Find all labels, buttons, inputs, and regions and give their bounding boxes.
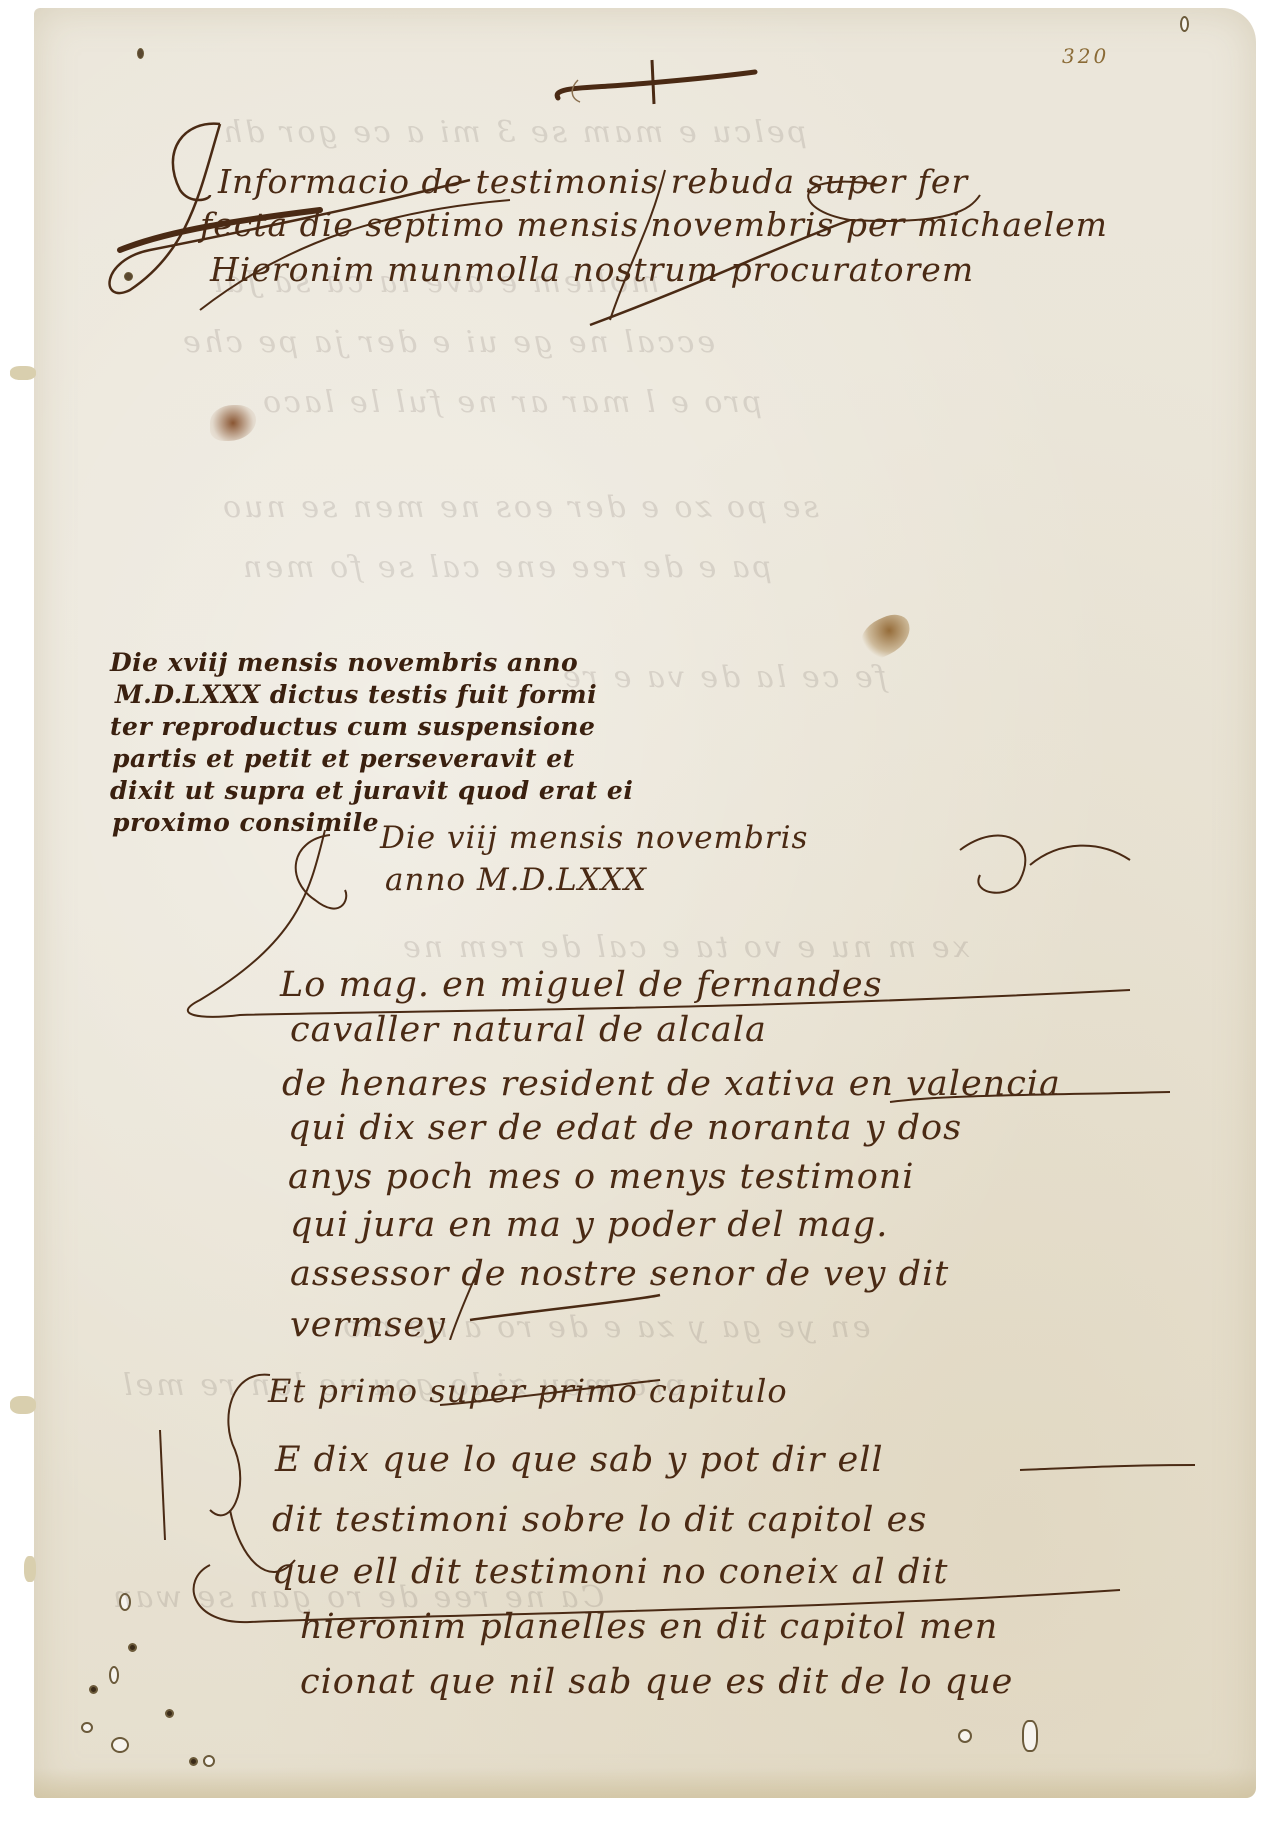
paper-fiber-tuft bbox=[10, 1396, 36, 1414]
deposition-line: assessor de nostre senor de vey dit bbox=[290, 1254, 949, 1294]
margin-note-line: dixit ut supra et juravit quod erat ei bbox=[110, 776, 633, 805]
deposition-line: qui jura en ma y poder del mag. bbox=[290, 1205, 888, 1245]
paper-fiber-tuft bbox=[24, 1556, 36, 1582]
article-line: cionat que nil sab que es dit de lo que bbox=[300, 1662, 1013, 1702]
deposition-line: Lo mag. en miguel de fernandes bbox=[280, 965, 883, 1005]
worm-hole bbox=[124, 272, 133, 281]
worm-hole bbox=[165, 1709, 174, 1718]
bleed-through-text: pa e de ree ene cal se fo men bbox=[240, 550, 772, 585]
margin-note-line: ter reproductus cum suspensione bbox=[110, 712, 595, 741]
article-line: dit testimoni sobre lo dit capitol es bbox=[272, 1500, 927, 1540]
deposition-line: cavaller natural de alcala bbox=[290, 1010, 767, 1050]
margin-note-line: proximo consimile bbox=[112, 808, 379, 837]
date-line-2: anno M.D.LXXX bbox=[385, 862, 647, 898]
margin-note-line: partis et petit et perseveravit et bbox=[112, 744, 575, 773]
deposition-line: vermsey bbox=[290, 1305, 446, 1345]
article-line: hieronim planelles en dit capitol men bbox=[300, 1607, 998, 1647]
bleed-through-text: pro e l mar ar ne ful le laco bbox=[260, 385, 762, 420]
deposition-line: anys poch mes o menys testimoni bbox=[288, 1157, 915, 1197]
article-heading: Et primo super primo capitulo bbox=[268, 1372, 788, 1410]
margin-note-line: Die xviij mensis novembris anno bbox=[110, 648, 578, 677]
worm-hole bbox=[111, 1737, 129, 1753]
paper-fiber-tuft bbox=[10, 366, 36, 380]
folio-number: 320 bbox=[1062, 44, 1109, 68]
heading-line-1: Informacio de testimonis rebuda super fe… bbox=[218, 162, 968, 201]
bleed-through-text: se po zo e der eos ne men se nuo bbox=[220, 490, 819, 525]
margin-note-line: M.D.LXXX dictus testis fuit formi bbox=[115, 680, 597, 709]
bleed-through-text: eccal ne ge ui e der ja pe che bbox=[180, 325, 715, 360]
worm-hole bbox=[109, 1666, 119, 1684]
worm-hole bbox=[958, 1729, 972, 1743]
deposition-line: de henares resident de xativa en valenci… bbox=[282, 1064, 1061, 1104]
worm-hole bbox=[189, 1757, 198, 1766]
worm-hole bbox=[203, 1755, 215, 1767]
date-line-1: Die viij mensis novembris bbox=[380, 820, 808, 856]
worm-hole bbox=[81, 1722, 93, 1733]
worm-hole bbox=[128, 1643, 137, 1652]
heading-line-2: fecta die septimo mensis novembris per m… bbox=[200, 205, 1108, 244]
article-line: que ell dit testimoni no coneix al dit bbox=[272, 1552, 949, 1592]
heading-line-3: Hieronim munmolla nostrum procuratorem bbox=[210, 250, 974, 289]
bleed-through-text: fe ce la de va e re bbox=[560, 660, 887, 695]
worm-hole bbox=[89, 1685, 98, 1694]
deposition-line: qui dix ser de edat de noranta y dos bbox=[288, 1108, 962, 1148]
bleed-through-text: xe m nu e vo ta e cal de rem ne bbox=[400, 930, 969, 965]
bleed-through-text: pelcu e mam se 3 mi a ce gor dh bbox=[220, 115, 807, 150]
worm-hole bbox=[137, 48, 144, 59]
worm-hole bbox=[1180, 16, 1189, 32]
worm-hole bbox=[1022, 1720, 1038, 1752]
article-line: E dix que lo que sab y pot dir ell bbox=[275, 1440, 884, 1480]
